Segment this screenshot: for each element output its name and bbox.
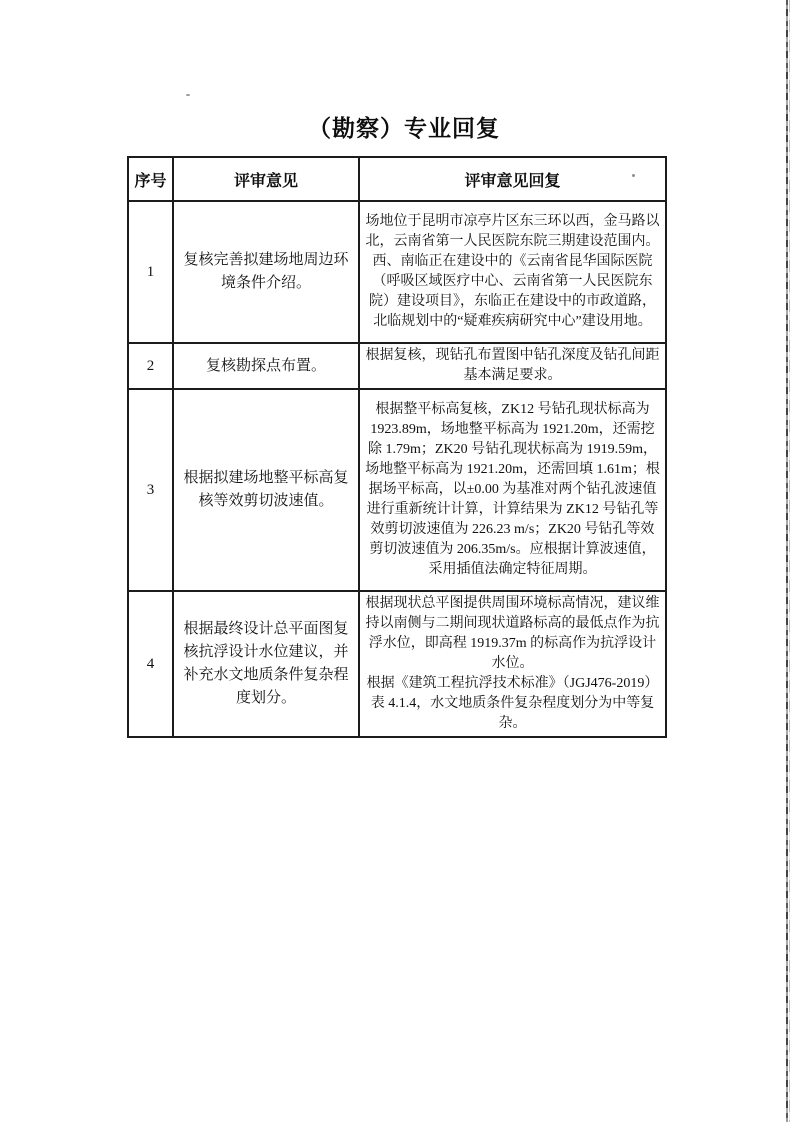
table-row: 2 复核勘探点布置。 根据复核，现钻孔布置图中钻孔深度及钻孔间距基本满足要求。 — [128, 343, 666, 389]
header-comment: 评审意见 — [173, 157, 359, 201]
table-row: 3 根据拟建场地整平标高复核等效剪切波速值。 根据整平标高复核，ZK12 号钻孔… — [128, 389, 666, 591]
row-3-comment: 根据拟建场地整平标高复核等效剪切波速值。 — [173, 389, 359, 591]
header-no: 序号 — [128, 157, 173, 201]
reply-paragraph: 根据整平标高复核，ZK12 号钻孔现状标高为 1923.89m，场地整平标高为 … — [364, 400, 661, 580]
scan-speck — [632, 174, 635, 177]
row-1-reply: 场地位于昆明市凉亭片区东三环以西，金马路以北，云南省第一人民医院东院三期建设范围… — [359, 201, 666, 343]
header-reply: 评审意见回复 — [359, 157, 666, 201]
row-4-comment: 根据最终设计总平面图复核抗浮设计水位建议，并补充水文地质条件复杂程度划分。 — [173, 591, 359, 737]
page-title: （勘察）专业回复 — [0, 110, 794, 143]
row-2-comment: 复核勘探点布置。 — [173, 343, 359, 389]
row-4-reply: 根据现状总平图提供周围环境标高情况，建议维持以南侧与二期间现状道路标高的最低点作… — [359, 591, 666, 737]
row-2-reply: 根据复核，现钻孔布置图中钻孔深度及钻孔间距基本满足要求。 — [359, 343, 666, 389]
scan-edge-artifact — [786, 0, 788, 1122]
reply-paragraph: 根据《建筑工程抗浮技术标准》（JGJ476-2019）表 4.1.4，水文地质条… — [364, 674, 661, 734]
scan-edge-artifact-light — [789, 0, 790, 1122]
scan-speck — [186, 94, 190, 96]
table-row: 1 复核完善拟建场地周边环境条件介绍。 场地位于昆明市凉亭片区东三环以西，金马路… — [128, 201, 666, 343]
reply-paragraph: 根据复核，现钻孔布置图中钻孔深度及钻孔间距基本满足要求。 — [364, 346, 661, 386]
row-3-reply: 根据整平标高复核，ZK12 号钻孔现状标高为 1923.89m，场地整平标高为 … — [359, 389, 666, 591]
row-1-comment: 复核完善拟建场地周边环境条件介绍。 — [173, 201, 359, 343]
row-4-no: 4 — [128, 591, 173, 737]
row-1-no: 1 — [128, 201, 173, 343]
reply-paragraph: 根据现状总平图提供周围环境标高情况，建议维持以南侧与二期间现状道路标高的最低点作… — [364, 594, 661, 674]
row-2-no: 2 — [128, 343, 173, 389]
table-header-row: 序号 评审意见 评审意见回复 — [128, 157, 666, 201]
review-table: 序号 评审意见 评审意见回复 1 复核完善拟建场地周边环境条件介绍。 场地位于昆… — [127, 156, 667, 738]
reply-paragraph: 场地位于昆明市凉亭片区东三环以西，金马路以北，云南省第一人民医院东院三期建设范围… — [364, 212, 661, 332]
table-row: 4 根据最终设计总平面图复核抗浮设计水位建议，并补充水文地质条件复杂程度划分。 … — [128, 591, 666, 737]
row-3-no: 3 — [128, 389, 173, 591]
